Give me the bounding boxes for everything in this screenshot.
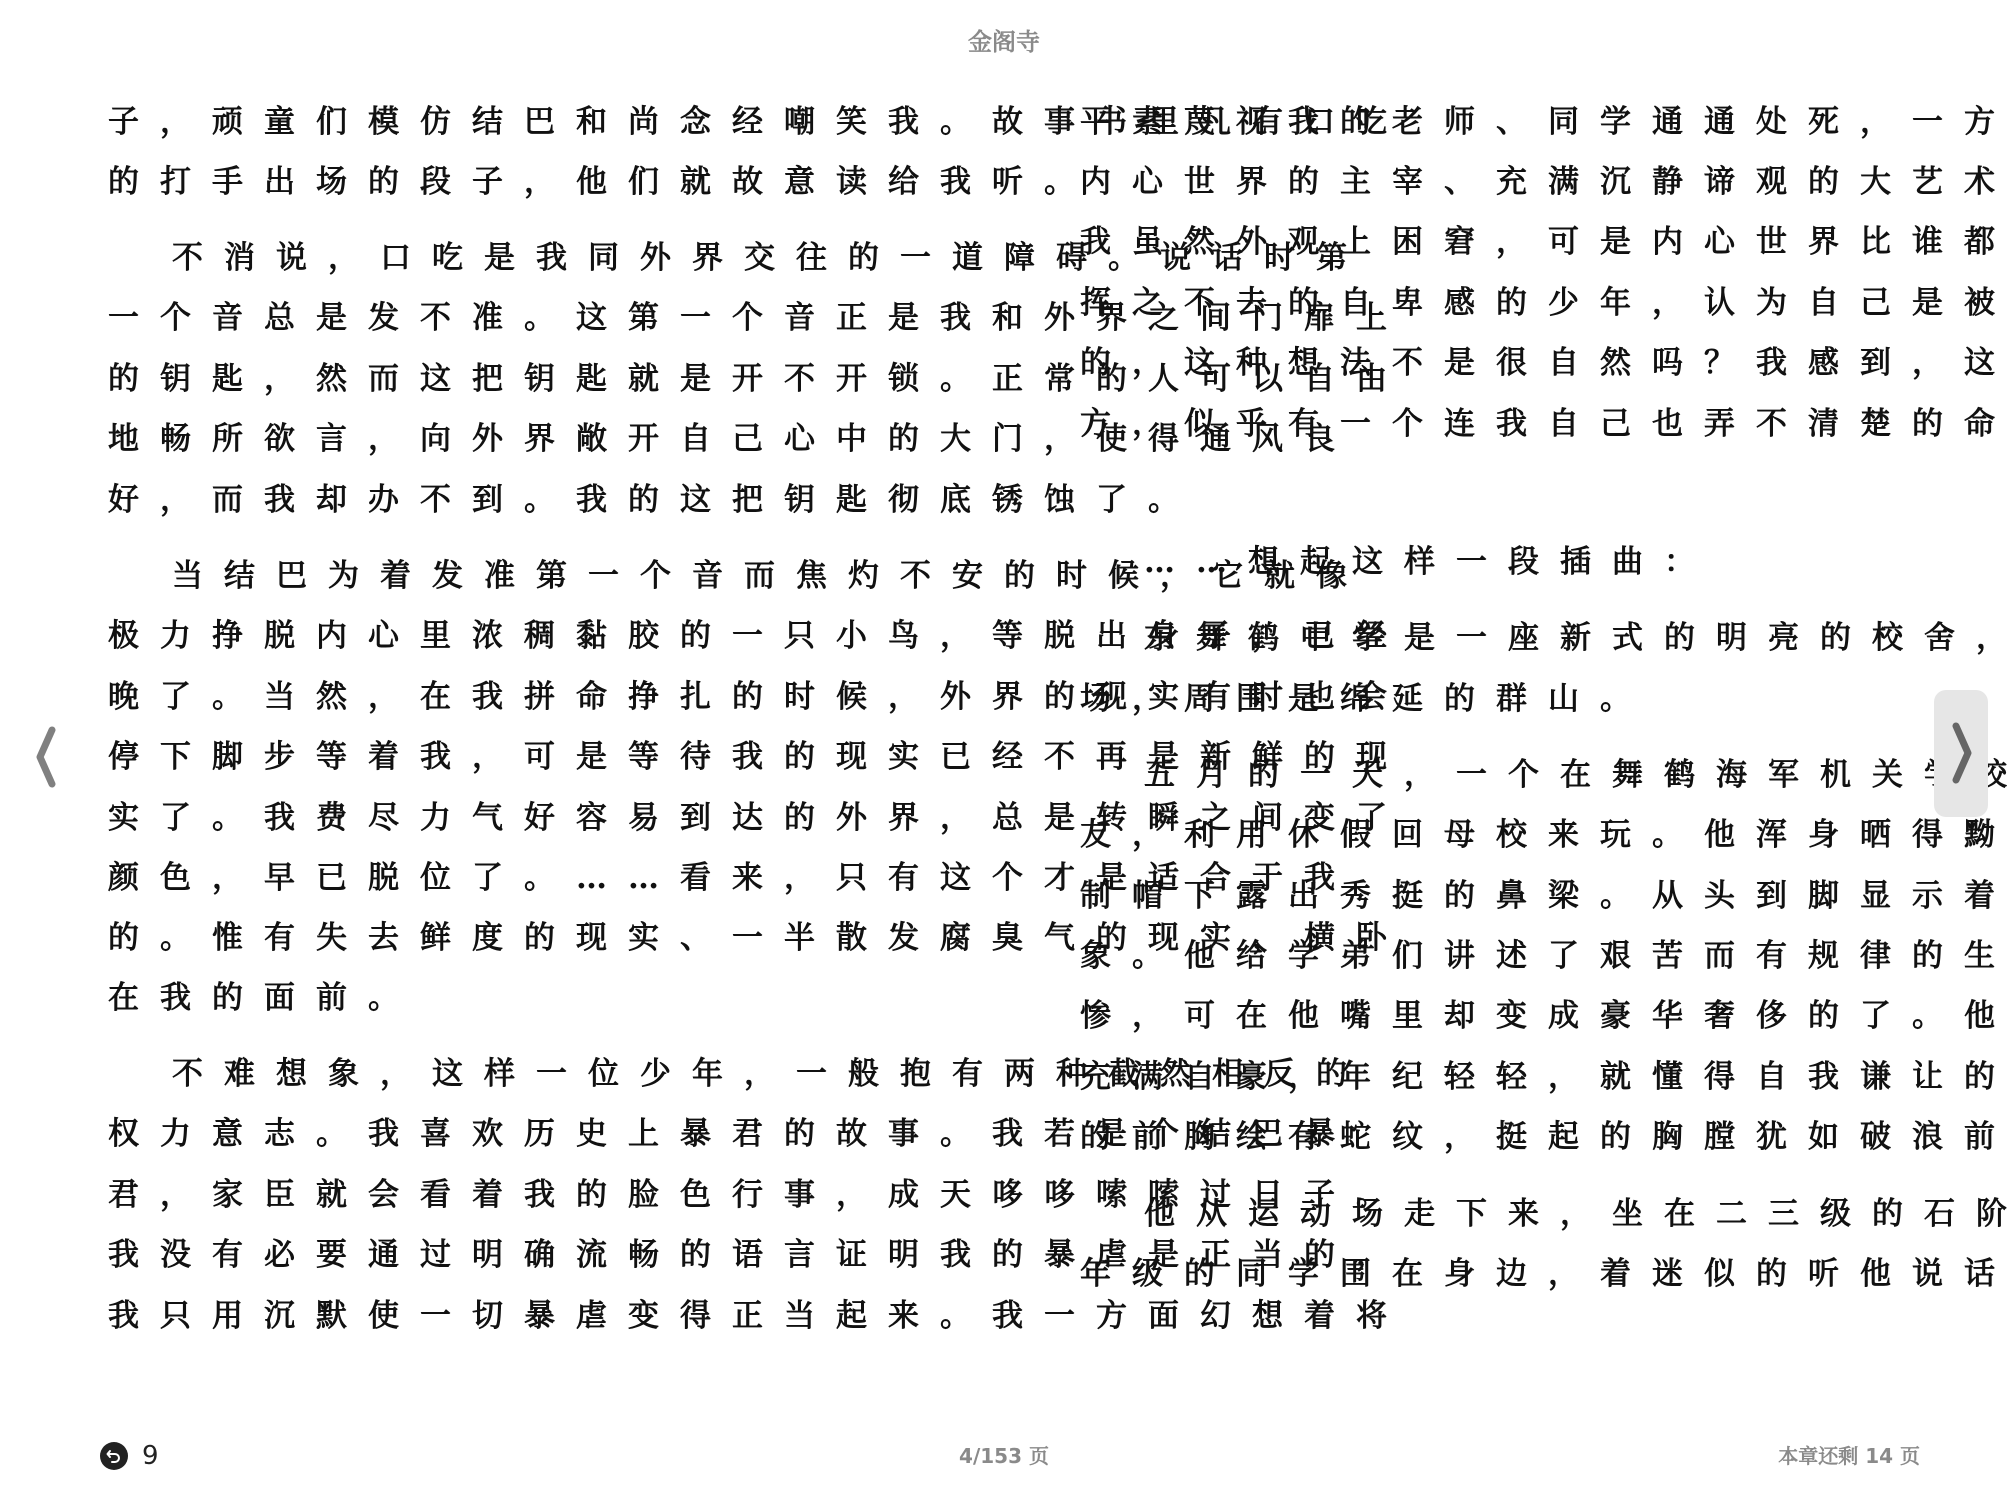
text-line: ……想起这样一段插曲： xyxy=(1080,542,1716,582)
text-line: 惨，可在他嘴里却变成豪华奢侈的了。他一举手一投足都 xyxy=(1080,996,2008,1036)
chapter-remaining: 本章还剩 14 页 xyxy=(1778,1438,1920,1474)
text-line: 他从运动场走下来，坐在二三级的石阶上，四五个低 xyxy=(1080,1194,2008,1234)
book-title: 金阁寺 xyxy=(0,22,2008,57)
text-line: 年级的同学围在身边，着迷似的听他说话。斜坡上的花 xyxy=(1080,1254,2008,1294)
text-line: 在我的面前。 xyxy=(108,978,420,1018)
text-line: 内心世界的主宰、充满沉静谛观的大艺术家的梦想之中。 xyxy=(1080,162,2008,202)
text-line: 好，而我却办不到。我的这把钥匙彻底锈蚀了。 xyxy=(108,480,1200,520)
text-line: 象。他给学弟们讲述了艰苦而有规律的生活。本来很悲 xyxy=(1080,936,2008,976)
text-line: 挥之不去的自卑感的少年，认为自己是被悄悄挑选出来 xyxy=(1080,283,2008,323)
text-line: 方，似乎有一个连我自己也弄不清楚的命运在等待我。 xyxy=(1080,404,2008,444)
previous-page-button[interactable] xyxy=(28,722,64,792)
text-line: 友，利用休假回母校来玩。他浑身晒得黝黑，压得很低的 xyxy=(1080,815,2008,855)
page-indicator: 4/153 页 xyxy=(0,1438,2008,1474)
text-line: 我虽然外观上困窘，可是内心世界比谁都富有。一个抱有 xyxy=(1080,222,2008,262)
text-line: 东舞鹤中学是一座新式的明亮的校舍，有宽敞的操 xyxy=(1080,618,2008,658)
text-line: 五月的一天，一个在舞鹤海军机关学校读书的老校 xyxy=(1080,755,2008,795)
text-line: 充满自豪，年纪轻轻，就懂得自我谦让的重要。他的制服 xyxy=(1080,1057,2008,1097)
next-page-button[interactable] xyxy=(1934,690,1988,817)
text-line: 平素蔑视我的老师、同学通通处死，一方面又陶醉于作为 xyxy=(1080,102,2008,142)
chevron-left-icon xyxy=(28,722,64,792)
text-line: 我只用沉默使一切暴虐变得正当起来。我一方面幻想着将 xyxy=(108,1296,1408,1336)
text-line: 制帽下露出秀挺的鼻梁。从头到脚显示着青年英雄的气 xyxy=(1080,876,2008,916)
text-line: 的打手出场的段子，他们就故意读给我听。 xyxy=(108,162,1096,202)
text-line: 场，周围是绵延的群山。 xyxy=(1080,679,1652,719)
text-line: 的，这种想法不是很自然吗？我感到，这个世界的某个地 xyxy=(1080,343,2008,383)
chevron-right-icon xyxy=(1946,722,1976,784)
text-line: 的前胸绘有蛇纹，挺起的胸膛犹如破浪前进的船头雕像。 xyxy=(1080,1117,2008,1157)
